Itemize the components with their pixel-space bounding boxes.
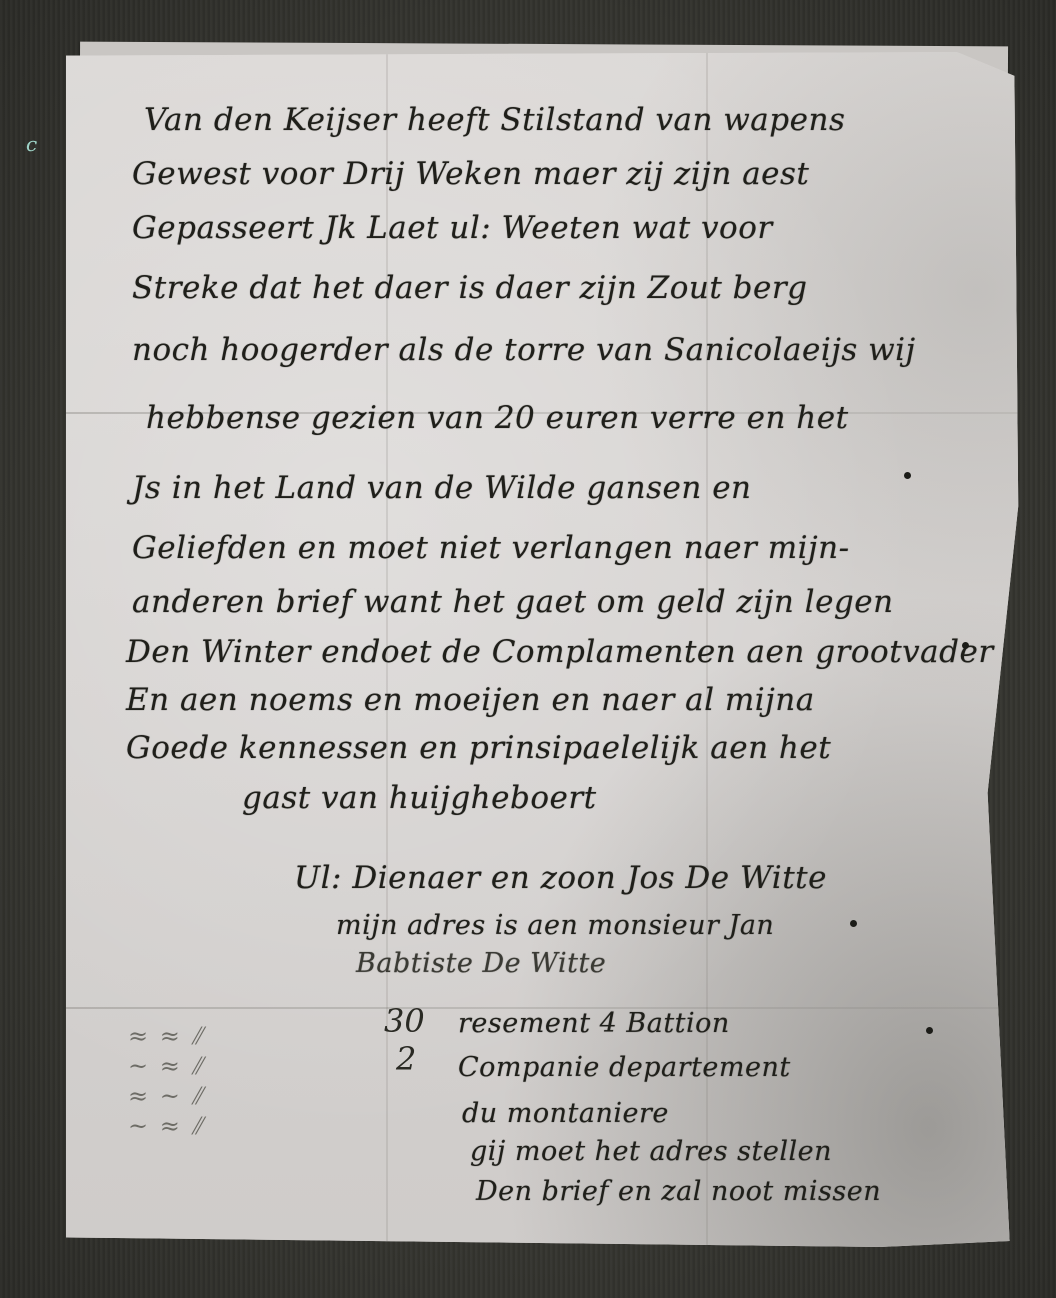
ink-blot — [926, 1027, 933, 1034]
tally-marks: ~ ≈ ⫽ — [128, 1052, 204, 1080]
unit-line: Den brief en zal noot missen — [476, 1176, 881, 1207]
letter-line: Van den Keijser heeft Stilstand van wape… — [144, 102, 845, 138]
letter-line: Goede kennessen en prinsipaelelijk aen h… — [126, 730, 831, 766]
letter-page: Van den Keijser heeft Stilstand van wape… — [66, 52, 1024, 1247]
signature: Ul: Dienaer en zoon Jos De Witte — [294, 860, 827, 896]
address-line: mijn adres is aen monsieur Jan — [336, 910, 774, 941]
letter-line: noch hoogerder als de torre van Sanicola… — [132, 332, 916, 368]
ink-blot — [850, 920, 857, 927]
letter-line: Gewest voor Drij Weken maer zij zijn aes… — [132, 156, 809, 192]
letter-line: anderen brief want het gaet om geld zijn… — [132, 584, 894, 620]
letter-line: Gepasseert Jk Laet ul: Weeten wat voor — [132, 210, 773, 246]
letter-line: En aen noems en moeijen en naer al mijna — [126, 682, 815, 718]
unit-line: gij moet het adres stellen — [470, 1136, 832, 1167]
letter-line: Js in het Land van de Wilde gansen en — [132, 470, 752, 506]
letter-line: Streke dat het daer is daer zijn Zout be… — [132, 270, 807, 306]
letter-line: Den Winter endoet de Complamenten aen gr… — [126, 634, 994, 670]
unit-line: resement 4 Battion — [458, 1008, 730, 1039]
regiment-number: 30 — [384, 1002, 425, 1040]
ink-blot — [904, 472, 911, 479]
letter-line: Geliefden en moet niet verlangen naer mi… — [132, 530, 850, 566]
unit-line: Companie departement — [458, 1052, 791, 1083]
letter-line: gast van huijgheboert — [242, 780, 597, 816]
tally-marks: ≈ ~ ⫽ — [128, 1082, 204, 1110]
address-line: Babtiste De Witte — [356, 948, 606, 979]
tally-marks: ≈ ≈ ⫽ — [128, 1022, 204, 1050]
margin-mark: c — [26, 132, 37, 156]
unit-line: du montaniere — [462, 1098, 669, 1129]
tally-marks: ~ ≈ ⫽ — [128, 1112, 204, 1140]
letter-line: hebbense gezien van 20 euren verre en he… — [146, 400, 849, 436]
ink-blot — [962, 642, 969, 649]
company-number: 2 — [396, 1040, 416, 1078]
